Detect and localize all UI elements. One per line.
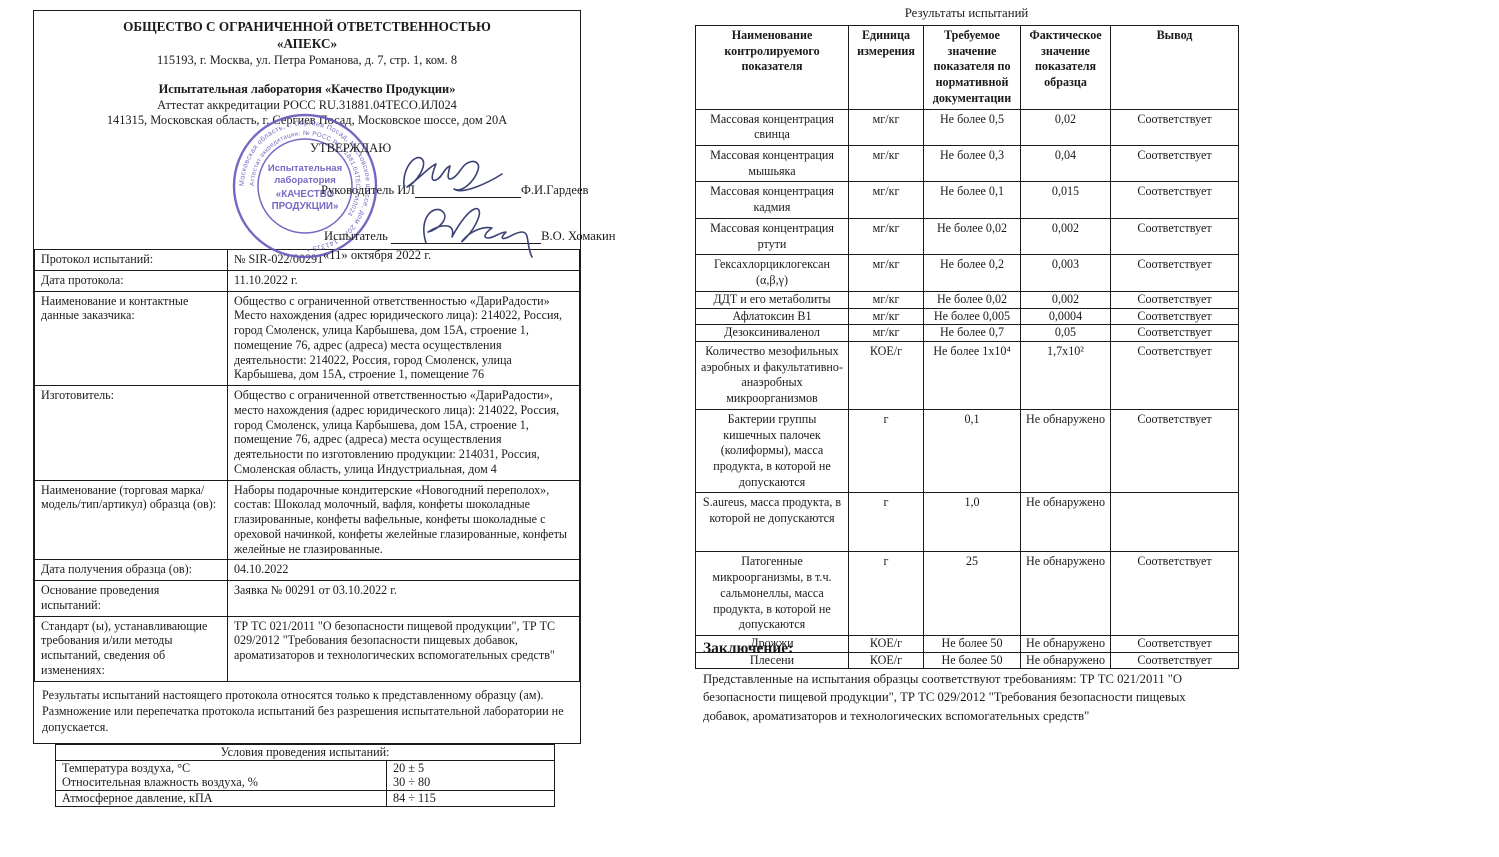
result-actual: 0,02 [1021,109,1111,145]
info-row-value: Общество с ограниченной ответственностью… [228,291,580,386]
result-actual: 0,05 [1021,325,1111,342]
info-row-value: Наборы подарочные кондитерские «Новогодн… [228,480,580,560]
result-required: Не более 0,02 [924,291,1021,308]
result-actual: Не обнаружено [1021,552,1111,636]
result-verdict: Соответствует [1111,218,1239,254]
company-name: ОБЩЕСТВО С ОГРАНИЧЕННОЙ ОТВЕТСТВЕННОСТЬЮ [34,19,580,36]
result-verdict: Соответствует [1111,182,1239,218]
result-row: Патогенные микроорганизмы, в т.ч. сальмо… [696,552,1239,636]
conditions-row-temp-humidity: Температура воздуха, °С Относительная вл… [56,760,555,790]
result-verdict: Соответствует [1111,308,1239,325]
result-parameter: Количество мезофильных аэробных и факуль… [696,341,849,409]
result-verdict [1111,493,1239,552]
result-unit: г [849,552,924,636]
stamp-center-line4: ПРОДУКЦИИ» [272,201,339,212]
result-unit: КОЕ/г [849,341,924,409]
result-row: Массовая концентрация кадмия мг/кг Не бо… [696,182,1239,218]
result-row: Количество мезофильных аэробных и факуль… [696,341,1239,409]
info-row: Дата получения образца (ов): 04.10.2022 [35,560,580,581]
results-title: Результаты испытаний [695,6,1238,21]
conditions-title: Условия проведения испытаний: [56,745,555,761]
header-actual-value: Фактическое значение показателя образца [1021,26,1111,110]
info-row: Наименование и контактные данные заказчи… [35,291,580,386]
result-verdict: Соответствует [1111,146,1239,182]
tester-name: В.О. Хомакин [541,229,615,243]
info-row-value: ТР ТС 021/2011 "О безопасности пищевой п… [228,616,580,681]
result-required: Не более 0,3 [924,146,1021,182]
protocol-info-table: Протокол испытаний: № SIR-022/00291 Дата… [34,249,580,682]
result-actual: 1,7x10² [1021,341,1111,409]
tester-signature-blank [391,231,541,244]
conclusion-section: Заключение: Представленные на испытания … [703,640,1233,725]
result-actual: Не обнаружено [1021,409,1111,493]
result-required: Не более 0,02 [924,218,1021,254]
header-unit: Единица измерения [849,26,924,110]
conclusion-text: Представленные на испытания образцы соот… [703,670,1233,725]
conclusion-title: Заключение: [703,640,1233,658]
result-row: Гексахлорциклогексан (α,β,γ) мг/кг Не бо… [696,255,1239,291]
head-signature-line: Руководитель ИЛФ.И.Гардеев [321,183,589,198]
info-row-value: 04.10.2022 [228,560,580,581]
condition-label-temperature: Температура воздуха, °С [62,761,380,776]
info-row-label: Дата получения образца (ов): [35,560,228,581]
info-row-label: Наименование (торговая марка/модель/тип/… [35,480,228,560]
result-verdict: Соответствует [1111,291,1239,308]
condition-label-humidity: Относительная влажность воздуха, % [62,775,380,790]
test-conditions-table: Условия проведения испытаний: Температур… [55,744,555,807]
result-verdict: Соответствует [1111,409,1239,493]
info-row-label: Наименование и контактные данные заказчи… [35,291,228,386]
info-row-label: Стандарт (ы), устанавливающие требования… [35,616,228,681]
result-parameter: Бактерии группы кишечных палочек (колифо… [696,409,849,493]
result-required: Не более 0,7 [924,325,1021,342]
header-verdict: Вывод [1111,26,1239,110]
result-unit: мг/кг [849,291,924,308]
result-required: 0,1 [924,409,1021,493]
result-actual: 0,04 [1021,146,1111,182]
header-required-value: Требуемое значение показателя по нормати… [924,26,1021,110]
result-parameter: Гексахлорциклогексан (α,β,γ) [696,255,849,291]
condition-value-pressure: 84 ÷ 115 [387,790,555,806]
disclaimer-text: Результаты испытаний настоящего протокол… [34,682,580,743]
info-row: Изготовитель: Общество с ограниченной от… [35,386,580,481]
result-actual: 0,003 [1021,255,1111,291]
approve-label: УТВЕРЖДАЮ [310,141,391,156]
info-row: Наименование (торговая марка/модель/тип/… [35,480,580,560]
result-parameter: Дезоксиниваленол [696,325,849,342]
result-unit: мг/кг [849,308,924,325]
company-short-name: «АПЕКС» [34,36,580,53]
info-row: Дата протокола: 11.10.2022 г. [35,270,580,291]
tester-label: Испытатель [324,229,388,243]
result-unit: мг/кг [849,146,924,182]
result-actual: 0,015 [1021,182,1111,218]
info-row-label: Протокол испытаний: [35,250,228,271]
conditions-row-pressure: Атмосферное давление, кПА 84 ÷ 115 [56,790,555,806]
result-row: Массовая концентрация мышьяка мг/кг Не б… [696,146,1239,182]
lab-name: Испытательная лаборатория «Качество Прод… [34,82,580,98]
result-unit: мг/кг [849,109,924,145]
header-parameter: Наименование контролируемого показателя [696,26,849,110]
result-parameter: Массовая концентрация мышьяка [696,146,849,182]
head-signature-blank [415,185,521,198]
info-row: Основание проведения испытаний: Заявка №… [35,581,580,617]
condition-value-temperature: 20 ± 5 [393,761,548,776]
info-row-label: Дата протокола: [35,270,228,291]
result-parameter: Патогенные микроорганизмы, в т.ч. сальмо… [696,552,849,636]
result-required: Не более 0,1 [924,182,1021,218]
result-required: 1,0 [924,493,1021,552]
result-verdict: Соответствует [1111,325,1239,342]
head-label: Руководитель ИЛ [321,183,415,197]
info-row-value: Заявка № 00291 от 03.10.2022 г. [228,581,580,617]
result-unit: г [849,409,924,493]
results-header-row: Наименование контролируемого показателя … [696,26,1239,110]
result-row: Афлатоксин В1 мг/кг Не более 0,005 0,000… [696,308,1239,325]
result-parameter: ДДТ и его метаболиты [696,291,849,308]
result-parameter: Массовая концентрация ртути [696,218,849,254]
tester-signature-line: Испытатель В.О. Хомакин [324,229,615,244]
result-actual: 0,002 [1021,291,1111,308]
result-required: Не более 1x10⁴ [924,341,1021,409]
approval-date: «11» октября 2022 г. [323,248,431,263]
result-unit: г [849,493,924,552]
result-unit: мг/кг [849,218,924,254]
result-row: S.aureus, масса продукта, в которой не д… [696,493,1239,552]
result-verdict: Соответствует [1111,552,1239,636]
result-parameter: Массовая концентрация свинца [696,109,849,145]
result-verdict: Соответствует [1111,109,1239,145]
info-row-label: Изготовитель: [35,386,228,481]
result-unit: мг/кг [849,255,924,291]
result-row: Дезоксиниваленол мг/кг Не более 0,7 0,05… [696,325,1239,342]
result-row: Бактерии группы кишечных палочек (колифо… [696,409,1239,493]
info-row-label: Основание проведения испытаний: [35,581,228,617]
results-table: Наименование контролируемого показателя … [695,25,1239,669]
result-required: Не более 0,5 [924,109,1021,145]
result-actual: 0,002 [1021,218,1111,254]
conditions-title-row: Условия проведения испытаний: [56,745,555,761]
info-row-value: 11.10.2022 г. [228,270,580,291]
result-actual: 0,0004 [1021,308,1111,325]
result-unit: мг/кг [849,325,924,342]
result-required: Не более 0,2 [924,255,1021,291]
company-address: 115193, г. Москва, ул. Петра Романова, д… [34,53,580,69]
stamp-center-line1: Испытательная [268,163,342,174]
result-required: Не более 0,005 [924,308,1021,325]
info-row-value: Общество с ограниченной ответственностью… [228,386,580,481]
info-row: Стандарт (ы), устанавливающие требования… [35,616,580,681]
result-row: Массовая концентрация ртути мг/кг Не бол… [696,218,1239,254]
result-verdict: Соответствует [1111,341,1239,409]
conditions-values: 20 ± 5 30 ÷ 80 [387,760,555,790]
head-name: Ф.И.Гардеев [521,183,589,197]
result-unit: мг/кг [849,182,924,218]
result-parameter: Массовая концентрация кадмия [696,182,849,218]
result-parameter: Афлатоксин В1 [696,308,849,325]
condition-label-pressure: Атмосферное давление, кПА [56,790,387,806]
result-verdict: Соответствует [1111,255,1239,291]
condition-value-humidity: 30 ÷ 80 [393,775,548,790]
result-actual: Не обнаружено [1021,493,1111,552]
result-row: ДДТ и его метаболиты мг/кг Не более 0,02… [696,291,1239,308]
conditions-labels: Температура воздуха, °С Относительная вл… [56,760,387,790]
result-row: Массовая концентрация свинца мг/кг Не бо… [696,109,1239,145]
document-header: ОБЩЕСТВО С ОГРАНИЧЕННОЙ ОТВЕТСТВЕННОСТЬЮ… [34,11,580,249]
protocol-page: ОБЩЕСТВО С ОГРАНИЧЕННОЙ ОТВЕТСТВЕННОСТЬЮ… [33,10,581,744]
result-required: 25 [924,552,1021,636]
result-parameter: S.aureus, масса продукта, в которой не д… [696,493,849,552]
